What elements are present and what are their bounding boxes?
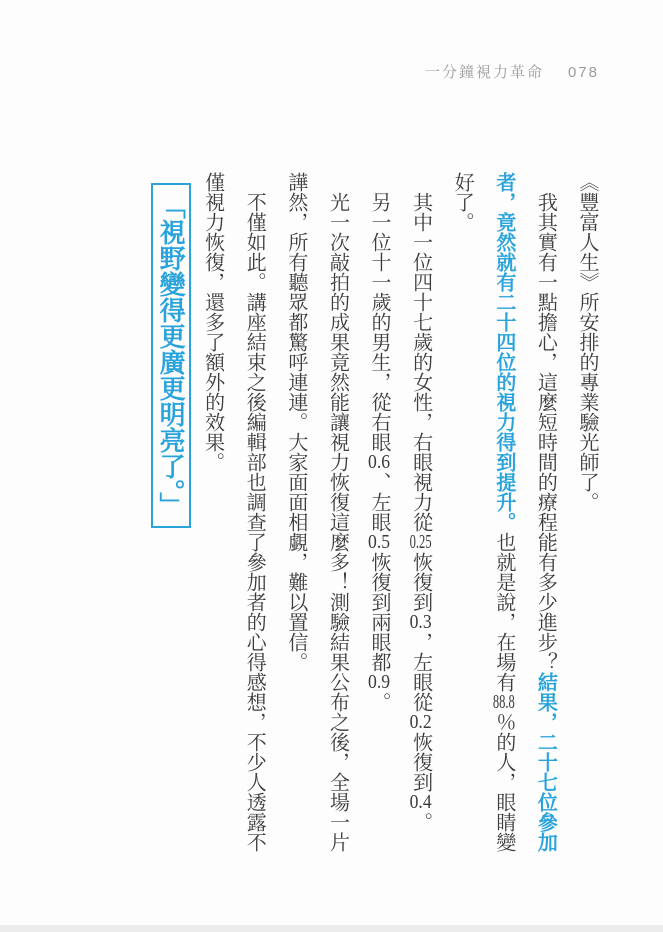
- text-segment: 不僅如此。講座結束之後編輯部也調查了參加者的心得感想，不少人透露不僅視力恢復，還…: [202, 172, 266, 852]
- text-segment: 光一次敲拍的成果竟然能讓視力恢復這麼多！測驗結果公布之後，全場一片譁然，所有聽眾…: [285, 172, 349, 852]
- text-segment: 恢復到兩眼都: [368, 552, 390, 672]
- text-segment: 也就是說，在場有: [493, 532, 515, 692]
- paragraph-woman-case: 其中一位四十七歲的女性，右眼視力從0.25恢復到0.3，左眼從0.2恢復到0.4…: [399, 172, 441, 864]
- book-title: 一分鐘視力革命: [425, 61, 544, 82]
- number-segment: 0.3: [410, 612, 432, 632]
- paragraph-optometrist: 《豐富人生》所安排的專業驗光師了。: [565, 172, 607, 864]
- number-segment: 0.5: [368, 532, 390, 552]
- number-segment: 0.2: [410, 712, 432, 732]
- page-number: 078: [568, 64, 599, 81]
- number-segment: 0.25: [410, 532, 432, 552]
- text-segment: 。: [410, 812, 432, 832]
- paragraph-audience-reaction: 光一次敲拍的成果竟然能讓視力恢復這麼多！測驗結果公布之後，全場一片譁然，所有聽眾…: [274, 172, 357, 864]
- paragraph-survey: 不僅如此。講座結束之後編輯部也調查了參加者的心得感想，不少人透露不僅視力恢復，還…: [191, 172, 274, 864]
- paragraph-results: 我其實有一點擔心，這麼短時間的療程能有多少進步？結果，二十七位參加者，竟然就有二…: [441, 172, 566, 864]
- text-segment: ，左眼從: [410, 632, 432, 712]
- text-segment: 、左眼: [368, 472, 390, 532]
- page-text-block: 《豐富人生》所安排的專業驗光師了。 我其實有一點擔心，這麼短時間的療程能有多少進…: [97, 172, 607, 864]
- page-edge: [0, 925, 663, 932]
- text-segment: 其中一位四十七歲的女性，右眼視力從: [410, 192, 432, 532]
- number-segment: 0.9: [368, 672, 390, 692]
- text-segment: 恢復到: [410, 552, 432, 612]
- number-segment: 0.4: [410, 792, 432, 812]
- pull-quote-box: 「視野變得更廣更明亮了。」: [151, 183, 191, 528]
- number-segment: 88.8: [493, 692, 515, 712]
- paragraph-boy-case: 另一位十一歲的男生，從右眼0.6、左眼0.5恢復到兩眼都0.9。: [357, 172, 399, 864]
- text-segment: 另一位十一歲的男生，從右眼: [368, 192, 390, 452]
- paragraph-pull-quote: 「視野變得更廣更明亮了。」: [149, 172, 191, 864]
- number-segment: 0.6: [368, 452, 390, 472]
- text-segment: 恢復到: [410, 732, 432, 792]
- text-segment: 我其實有一點擔心，這麼短時間的療程能有多少進步？: [534, 192, 556, 672]
- running-head: 一分鐘視力革命 078: [425, 61, 599, 82]
- text-segment: 。: [368, 692, 390, 712]
- text-segment: 《豐富人生》所安排的專業驗光師了。: [576, 172, 598, 512]
